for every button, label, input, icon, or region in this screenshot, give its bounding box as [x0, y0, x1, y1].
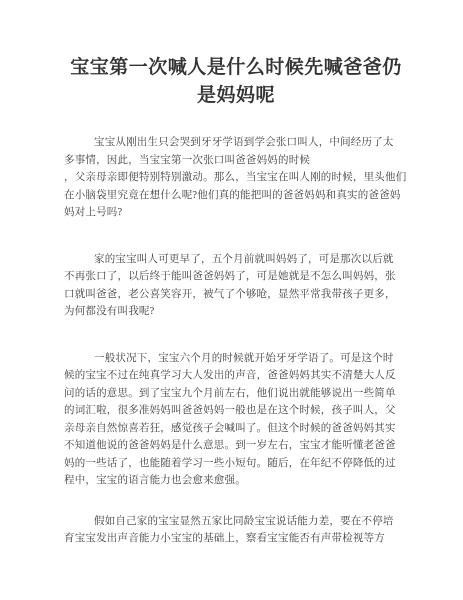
article-title-line: 是妈妈呢 — [64, 82, 408, 110]
text-line: 不知道他说的爸爸妈妈是什么意思。到一岁左右，宝宝才能听懂老爸爸 — [64, 437, 408, 455]
text-line: 假如自己家的宝宝显然五家比同龄宝宝说话能力差，要在不停培 — [64, 513, 408, 531]
text-line: 一般状况下，宝宝六个月的时候就开始牙牙学语了。可是这个时 — [64, 350, 408, 368]
text-line: 亲母亲自然惊喜若狂，感觉孩子会喊叫了。但这个时候的爸爸妈妈其实 — [64, 420, 408, 438]
paragraph: 家的宝宝叫人可更早了，五个月前就叫妈妈了，可是那次以后就 不再张口了，以后终于能… — [64, 251, 408, 321]
document-page: 宝宝第一次喊人是什么时候先喊爸爸仍 是妈妈呢 宝宝从刚出生只会哭到牙牙学语到学会… — [0, 0, 463, 600]
text-line: 宝宝从刚出生只会哭到牙牙学语到学会张口叫人，中间经历了太 — [64, 134, 408, 152]
text-line: 妈对上号吗? — [64, 204, 408, 222]
text-line: 问的话的意思。到了宝宝九个月前左右，他们说出就能够说出一些简单 — [64, 385, 408, 403]
article-body: 宝宝从刚出生只会哭到牙牙学语到学会张口叫人，中间经历了太 多事情，因此，当宝宝第… — [64, 134, 408, 548]
text-line: 在小脑袋里究竟在想什么呢?他们真的能把叫的爸爸妈妈和真实的爸爸妈 — [64, 187, 408, 205]
paragraph: 假如自己家的宝宝显然五家比同龄宝宝说话能力差，要在不停培 育宝宝发出声音能力小宝… — [64, 513, 408, 548]
text-line: 为何都没有叫我呢? — [64, 303, 408, 321]
text-line: ，父亲母亲即便特别特别激动。那么，当宝宝在叫人刚的时候，里头他们 — [64, 169, 408, 187]
text-line: 不再张口了，以后终于能叫爸爸妈妈了，可是她就是不怎么叫妈妈，张 — [64, 268, 408, 286]
paragraph: ，父亲母亲即便特别特别激动。那么，当宝宝在叫人刚的时候，里头他们 在小脑袋里究竟… — [64, 169, 408, 222]
text-line: 候的宝宝不过在纯真学习大人发出的声音，爸爸妈妈其实不清楚大人反 — [64, 367, 408, 385]
text-line: 多事情，因此，当宝宝第一次张口叫爸爸妈妈的时候 — [64, 152, 408, 170]
article-title: 宝宝第一次喊人是什么时候先喊爸爸仍 是妈妈呢 — [64, 54, 408, 110]
article-title-line: 宝宝第一次喊人是什么时候先喊爸爸仍 — [64, 54, 408, 82]
text-line: 家的宝宝叫人可更早了，五个月前就叫妈妈了，可是那次以后就 — [64, 251, 408, 269]
text-line: 的词汇啦，很多准妈妈叫爸爸妈妈一般也是在这个时候，孩子叫人，父 — [64, 402, 408, 420]
text-line: 程中，宝宝的语言能力也会愈来愈强。 — [64, 472, 408, 490]
text-line: 妈的一些话了，也能随着学习一些小短句。随后，在年纪不停降低的过 — [64, 455, 408, 473]
paragraph: 宝宝从刚出生只会哭到牙牙学语到学会张口叫人，中间经历了太 多事情，因此，当宝宝第… — [64, 134, 408, 169]
text-line: 口就叫爸爸，老公喜笑容开，被气了个够呛，显然平常我带孩子更多， — [64, 286, 408, 304]
paragraph: 一般状况下，宝宝六个月的时候就开始牙牙学语了。可是这个时 候的宝宝不过在纯真学习… — [64, 350, 408, 490]
text-line: 育宝宝发出声音能力小宝宝的基础上，察看宝宝能否有声带检视等方 — [64, 530, 408, 548]
